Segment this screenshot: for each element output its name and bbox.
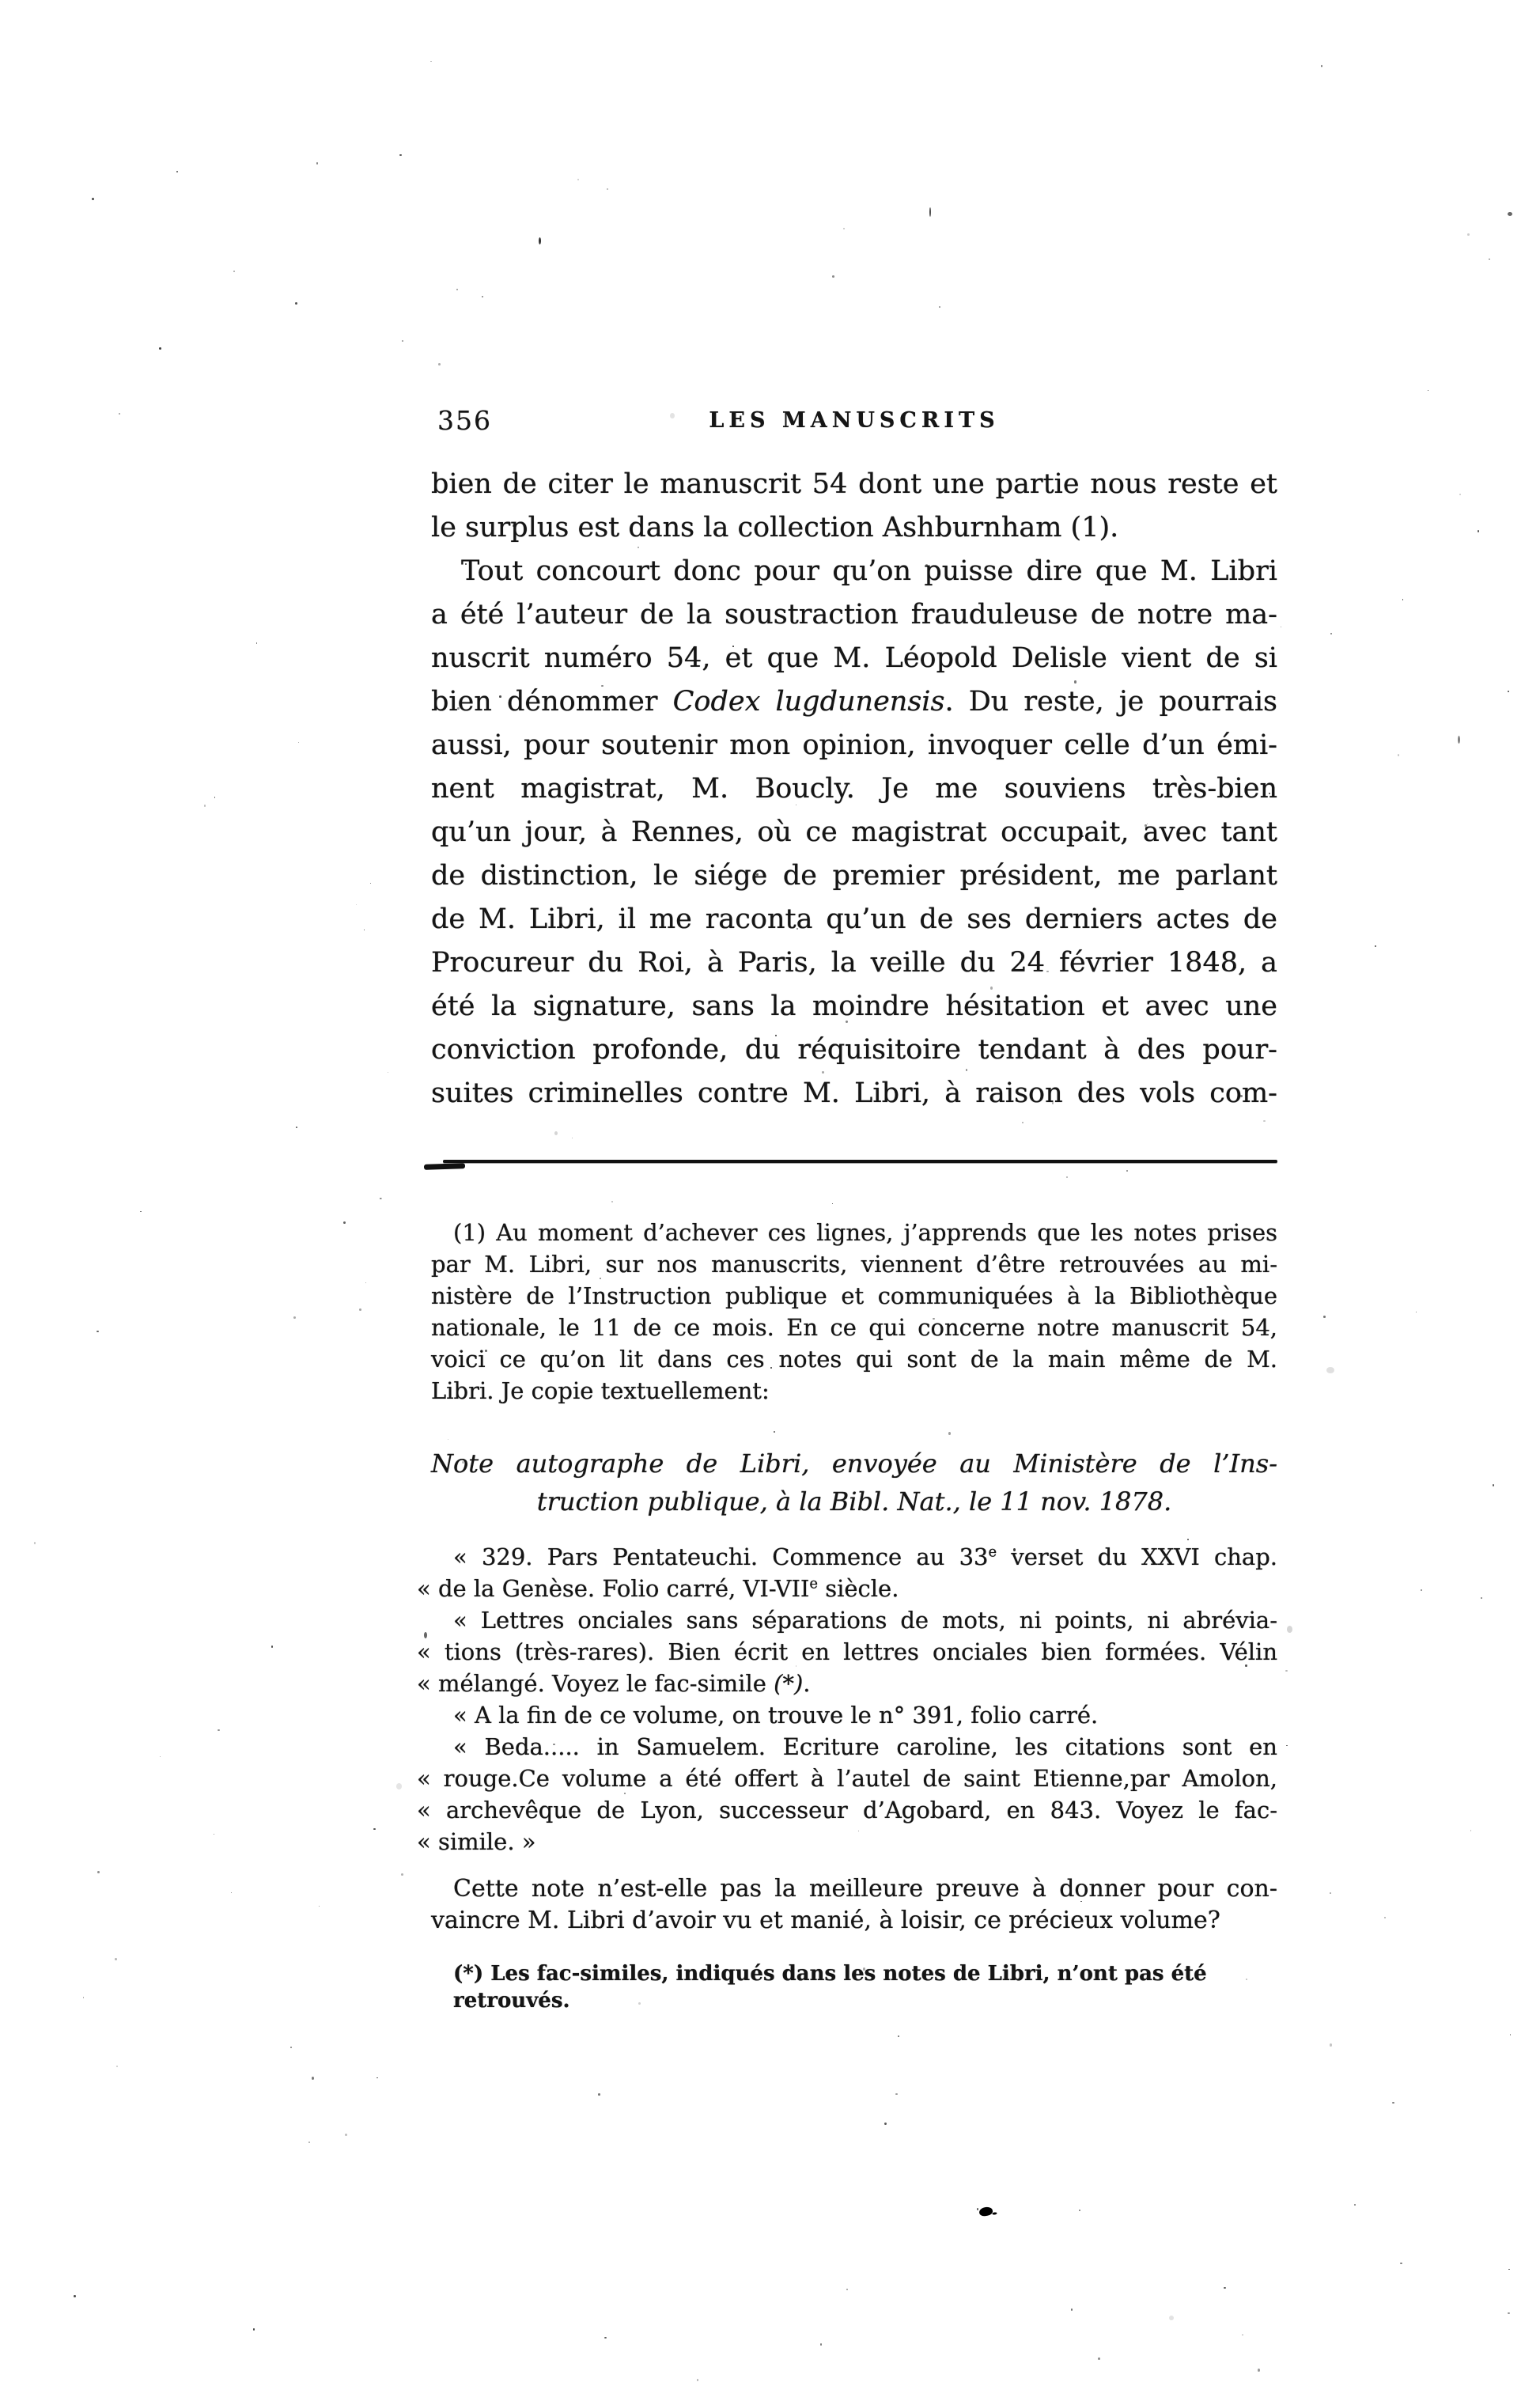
main-paragraphs: bien de citer le manuscrit 54 dont une p…: [431, 463, 1277, 1115]
text-line: Procureur du Roi, à Paris, la veille du …: [431, 941, 1277, 985]
running-title: LES MANUSCRITS: [431, 408, 1277, 433]
text-line: « simile. »: [417, 1826, 1277, 1858]
text-line: suites criminelles contre M. Libri, à ra…: [431, 1072, 1277, 1115]
text-line: « de la Genèse. Folio carré, VI-VIIe siè…: [417, 1573, 1277, 1604]
text-line: le surplus est dans la collection Ashbur…: [431, 506, 1277, 550]
text-line: de M. Libri, il me raconta qu’un de ses …: [431, 898, 1277, 941]
text-line: de distinction, le siége de premier prés…: [431, 854, 1277, 898]
text-line: Libri. Je copie textuellement:: [431, 1375, 1277, 1407]
text-line: par M. Libri, sur nos manuscrits, vienne…: [431, 1248, 1277, 1280]
text-line: « rouge.Ce volume a été offert à l’autel…: [417, 1763, 1277, 1794]
libri-note-quotation: « 329. Pars Pentateuchi. Commence au 33e…: [431, 1541, 1277, 1858]
footnote-1: (1) Au moment d’achever ces lignes, j’ap…: [431, 1217, 1277, 1407]
text-line: « Lettres onciales sans séparations de m…: [431, 1604, 1277, 1636]
text-line: « 329. Pars Pentateuchi. Commence au 33e…: [431, 1541, 1277, 1573]
star-footnote: (*) Les fac-similes, indiqués dans les n…: [431, 1960, 1277, 2014]
text-line: Tout concourt donc pour qu’on puisse dir…: [431, 550, 1277, 593]
closing-paragraph: Cette note n’est-elle pas la meilleure p…: [431, 1873, 1277, 1937]
text-line: aussi, pour soutenir mon opinion, invoqu…: [431, 724, 1277, 767]
text-line: « Beda..... in Samuelem. Ecriture caroli…: [431, 1731, 1277, 1763]
text-line: (1) Au moment d’achever ces lignes, j’ap…: [431, 1217, 1277, 1248]
page-header: 356 LES MANUSCRITS: [431, 405, 1277, 441]
text-line: « archevêque de Lyon, successeur d’Agoba…: [417, 1794, 1277, 1826]
ink-blot: [978, 2206, 993, 2217]
text-line: nuscrit numéro 54, et que M. Léopold Del…: [431, 637, 1277, 680]
text-line: (*) Les fac-similes, indiqués dans les n…: [431, 1960, 1277, 2014]
text-line: Note autographe de Libri, envoyée au Min…: [431, 1445, 1277, 1483]
text-line: nistère de l’Instruction publique et com…: [431, 1280, 1277, 1312]
text-line: Cette note n’est-elle pas la meilleure p…: [431, 1873, 1277, 1905]
footnote-separator-dash: [424, 1163, 465, 1170]
text-line: « mélangé. Voyez le fac-simile (*).: [417, 1668, 1277, 1699]
text-line: truction publique, à la Bibl. Nat., le 1…: [431, 1483, 1277, 1521]
text-line: bien dénommer Codex lugdunensis. Du rest…: [431, 680, 1277, 724]
text-line: nationale, le 11 de ce mois. En ce qui c…: [431, 1312, 1277, 1343]
text-line: « A la fin de ce volume, on trouve le n°…: [431, 1699, 1277, 1731]
text-line: « tions (très-rares). Bien écrit en lett…: [417, 1636, 1277, 1668]
text-line: qu’un jour, à Rennes, où ce magistrat oc…: [431, 811, 1277, 854]
note-autographe-heading: Note autographe de Libri, envoyée au Min…: [431, 1445, 1277, 1521]
scanned-book-page: 356 LES MANUSCRITS bien de citer le manu…: [0, 0, 1540, 2401]
text-line: voici ce qu’on lit dans ces notes qui so…: [431, 1343, 1277, 1375]
text-line: bien de citer le manuscrit 54 dont une p…: [431, 463, 1277, 506]
text-line: été la signature, sans la moindre hésita…: [431, 985, 1277, 1028]
text-line: a été l’auteur de la soustraction fraudu…: [431, 593, 1277, 637]
footnote-separator-rule: [443, 1160, 1277, 1163]
text-line: nent magistrat, M. Boucly. Je me souvien…: [431, 767, 1277, 811]
text-line: conviction profonde, du réquisitoire ten…: [431, 1028, 1277, 1072]
text-line: vaincre M. Libri d’avoir vu et manié, à …: [431, 1905, 1277, 1937]
